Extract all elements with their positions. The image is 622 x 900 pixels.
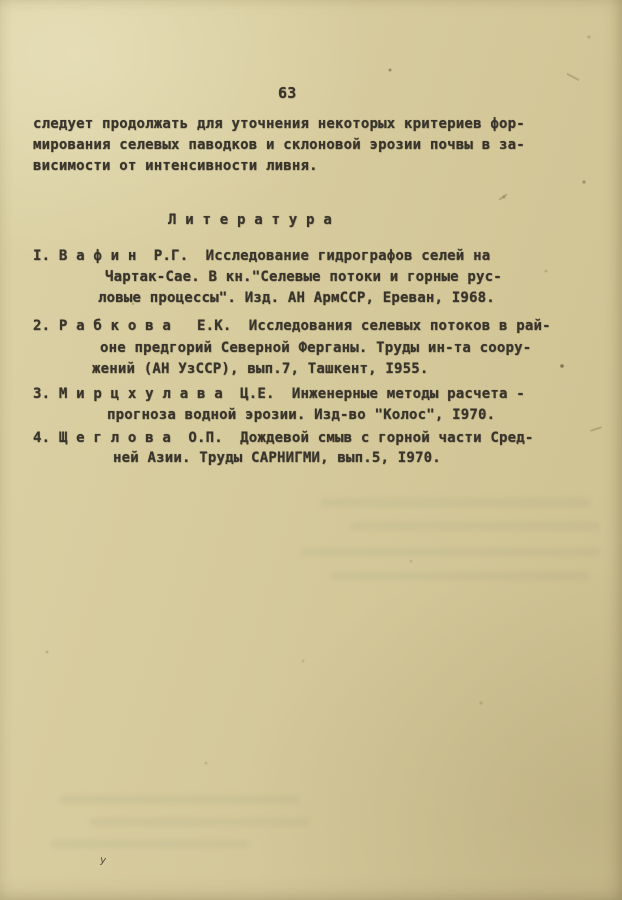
reference-2-line-3: жений (АН УзССР), вып.7, Ташкент, I955. — [92, 361, 429, 378]
ink-smudge-mark: у — [99, 855, 107, 867]
paper-speckles — [0, 0, 2, 2]
bleedthrough-ghost-line — [330, 572, 590, 580]
bleedthrough-ghost-line — [90, 818, 310, 826]
page-number: 63 — [278, 85, 296, 102]
literature-heading: Л и т е р а т у р а — [168, 212, 332, 229]
bleedthrough-ghost-line — [350, 522, 600, 530]
paper-fiber — [590, 426, 602, 431]
paper-fiber — [498, 193, 507, 200]
scanned-document-page: 63 следует продолжать для уточнения неко… — [0, 0, 622, 900]
paper-fiber — [566, 73, 579, 81]
reference-1-line-1: I. В а ф и н Р.Г. Исследование гидрограф… — [33, 248, 490, 265]
bleedthrough-ghost-line — [60, 795, 300, 804]
bleedthrough-ghost-line — [300, 548, 600, 556]
reference-4-line-1: 4. Щ е г л о в а О.П. Дождевой смыв с го… — [33, 430, 533, 447]
reference-3-line-2: прогноза водной эрозии. Изд-во "Колос", … — [107, 407, 495, 424]
paragraph-line-2: мирования селевых паводков и склоновой э… — [33, 137, 525, 154]
reference-1-line-3: ловые процессы". Изд. АН АрмССР, Ереван,… — [98, 290, 495, 307]
reference-2-line-2: оне предгорий Северной Ферганы. Труды ин… — [100, 340, 531, 357]
bleedthrough-ghost-line — [50, 840, 250, 848]
reference-3-line-1: 3. М и р ц х у л а в а Ц.Е. Инженерные м… — [33, 386, 525, 403]
paragraph-line-1: следует продолжать для уточнения некотор… — [33, 116, 525, 133]
reference-1-line-2: Чартак-Сае. В кн."Селевые потоки и горны… — [105, 269, 502, 286]
paragraph-line-3: висимости от интенсивности ливня. — [33, 158, 318, 175]
reference-4-line-2: ней Азии. Труды САРНИГМИ, вып.5, I970. — [113, 450, 441, 467]
bleedthrough-ghost-line — [320, 498, 590, 507]
reference-2-line-1: 2. Р а б к о в а Е.К. Исследования селев… — [33, 318, 551, 335]
